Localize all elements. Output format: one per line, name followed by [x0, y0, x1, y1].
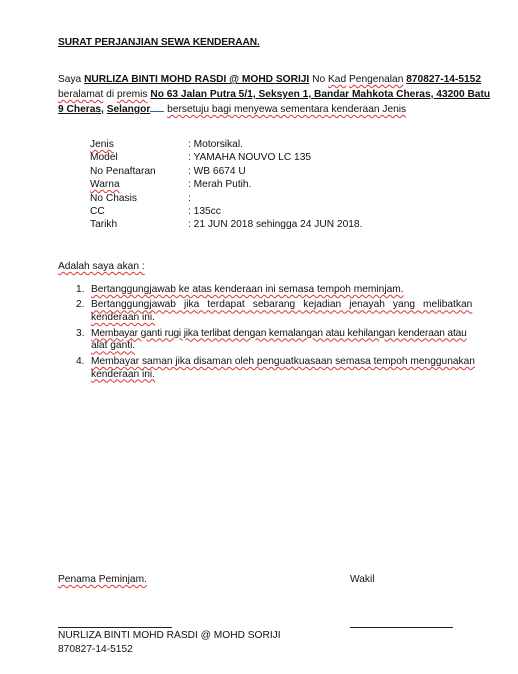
- list-text: Membayar ganti rugi jika terlibat dengan…: [91, 328, 469, 341]
- list-text: kenderaan ini.: [91, 312, 469, 325]
- list-item: 1. Bertanggungjawab ke atas kenderaan in…: [76, 284, 486, 297]
- detail-value: : YAMAHA NOUVO LC 135: [188, 151, 311, 164]
- list-number: 3.: [76, 328, 91, 354]
- vehicle-details: Jenis: Motorsikal. Model: YAMAHA NOUVO L…: [90, 138, 362, 232]
- list-item: 2. Bertanggungjawab jika terdapat sebara…: [76, 299, 486, 325]
- detail-label: Tarikh: [90, 218, 188, 231]
- obligations-intro: Adalah saya akan :: [58, 261, 145, 272]
- borrower-ic: 870827-14-5152: [406, 74, 481, 85]
- detail-label: Model: [90, 151, 188, 164]
- detail-label: Warna: [90, 178, 188, 191]
- signatory-name: NURLIZA BINTI MOHD RASDI @ MOHD SORIJI: [58, 630, 281, 641]
- detail-value: : 135cc: [188, 205, 221, 218]
- agent-signature-label: Wakil: [350, 574, 375, 585]
- detail-label: No Penaftaran: [90, 165, 188, 178]
- address-line-2a: 9 Cheras,: [58, 104, 104, 115]
- text-kad: Kad: [328, 74, 346, 85]
- text-saya: Saya: [58, 74, 81, 85]
- signatory-ic: 870827-14-5152: [58, 644, 133, 655]
- list-text: Bertanggungjawab jika terdapat sebarang …: [91, 299, 469, 312]
- list-item: 3. Membayar ganti rugi jika terlibat den…: [76, 328, 486, 354]
- list-number: 2.: [76, 299, 91, 325]
- intro-line-1: Saya NURLIZA BINTI MOHD RASDI @ MOHD SOR…: [58, 72, 478, 87]
- borrower-name: NURLIZA BINTI MOHD RASDI @ MOHD SORIJI: [84, 74, 309, 85]
- detail-value: : WB 6674 U: [188, 165, 246, 178]
- intro-rest: bersetuju bagi menyewa sementara kendera…: [167, 104, 406, 115]
- list-text: Membayar saman jika disaman oleh penguat…: [91, 356, 469, 369]
- document-title: SURAT PERJANJIAN SEWA KENDERAAN.: [58, 37, 260, 48]
- intro-paragraph: Saya NURLIZA BINTI MOHD RASDI @ MOHD SOR…: [58, 72, 478, 117]
- list-number: 4.: [76, 356, 91, 382]
- list-number: 1.: [76, 284, 91, 297]
- borrower-signature-line: [58, 627, 172, 628]
- obligations-list: 1. Bertanggungjawab ke atas kenderaan in…: [76, 284, 486, 384]
- text-beralamat: beralamat: [58, 89, 103, 100]
- text-pengenalan: Pengenalan: [349, 74, 403, 85]
- list-text: kenderaan ini.: [91, 369, 469, 382]
- text-premis: premis: [117, 89, 148, 100]
- agent-signature-line: [350, 627, 453, 628]
- detail-value: : Motorsikal.: [188, 138, 243, 151]
- detail-row: Warna: Merah Putih.: [90, 178, 362, 191]
- detail-row: No Chasis:: [90, 192, 362, 205]
- detail-row: Model: YAMAHA NOUVO LC 135: [90, 151, 362, 164]
- intro-line-2: beralamat di premis No 63 Jalan Putra 5/…: [58, 87, 478, 102]
- text-di: di: [106, 89, 114, 100]
- detail-value: : Merah Putih.: [188, 178, 251, 191]
- list-item: 4. Membayar saman jika disaman oleh peng…: [76, 356, 486, 382]
- detail-value: :: [188, 192, 191, 205]
- detail-row: CC: 135cc: [90, 205, 362, 218]
- detail-label: CC: [90, 205, 188, 218]
- detail-row: No Penaftaran: WB 6674 U: [90, 165, 362, 178]
- address-line-1: No 63 Jalan Putra 5/1, Seksyen 1, Bandar…: [150, 89, 490, 100]
- list-text: Bertanggungjawab ke atas kenderaan ini s…: [91, 284, 469, 297]
- address-line-2b: Selangor: [107, 104, 151, 115]
- detail-row: Tarikh: 21 JUN 2018 sehingga 24 JUN 2018…: [90, 218, 362, 231]
- text-no: No: [312, 74, 325, 85]
- detail-label: Jenis: [90, 138, 188, 151]
- cursor-underline: [150, 102, 164, 112]
- intro-line-3: 9 Cheras, Selangor bersetuju bagi menyew…: [58, 102, 478, 117]
- detail-label: No Chasis: [90, 192, 188, 205]
- detail-row: Jenis: Motorsikal.: [90, 138, 362, 151]
- detail-value: : 21 JUN 2018 sehingga 24 JUN 2018.: [188, 218, 362, 231]
- borrower-signature-label: Penama Peminjam.: [58, 574, 147, 585]
- list-text: alat ganti.: [91, 340, 469, 353]
